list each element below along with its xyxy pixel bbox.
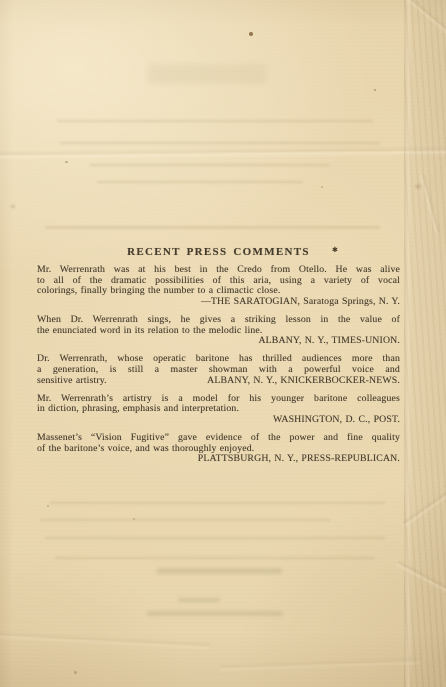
crease-line	[0, 146, 446, 161]
press-quote: Massenet’s “Vision Fugitive” gave eviden…	[37, 433, 400, 465]
press-quote: Mr. Werrenrath was at his best in the Cr…	[37, 265, 400, 308]
crease-line	[220, 657, 420, 673]
bleedthrough-ghost	[45, 226, 380, 229]
stain-spot	[74, 671, 77, 674]
bleedthrough-ghost	[55, 557, 375, 559]
crease-line	[402, 481, 446, 528]
stain-spot	[65, 161, 68, 163]
bleedthrough-ghost	[147, 611, 283, 616]
bleedthrough-ghost	[57, 120, 373, 122]
crease-line	[395, 559, 446, 608]
quote-attribution: PLATTSBURGH, N. Y., PRESS-REPUBLICAN.	[37, 454, 400, 465]
crease-line	[404, 0, 412, 687]
stain-spot	[415, 184, 421, 189]
quote-attribution: —THE SARATOGIAN, Saratoga Springs, N. Y.	[37, 297, 400, 308]
stain-spot	[249, 32, 253, 36]
bleedthrough-ghost	[90, 164, 330, 166]
bleedthrough-ghost	[178, 598, 220, 602]
press-comments-section: RECENT PRESS COMMENTS ✱ Mr. Werrenrath w…	[37, 246, 400, 472]
bleedthrough-ghost	[97, 181, 303, 183]
press-quote: Mr. Werrenrath’s artistry is a model for…	[37, 394, 400, 426]
crease-line	[392, 0, 446, 41]
bleedthrough-ghost	[40, 519, 330, 521]
star-mark: ✱	[332, 245, 338, 256]
bleedthrough-ghost	[157, 568, 282, 574]
bleedthrough-ghost	[45, 537, 385, 539]
stain-spot	[374, 89, 376, 91]
crease-band	[404, 0, 446, 687]
scanned-document-page: RECENT PRESS COMMENTS ✱ Mr. Werrenrath w…	[0, 0, 446, 687]
bleedthrough-ghost	[148, 64, 266, 84]
bleedthrough-ghost	[50, 502, 385, 504]
quote-line: Massenet’s “Vision Fugitive” gave eviden…	[37, 433, 400, 444]
stain-spot	[321, 186, 323, 188]
press-quote: When Dr. Werrenrath sings, he gives a st…	[37, 315, 400, 347]
section-title: RECENT PRESS COMMENTS	[37, 246, 400, 258]
stain-spot	[11, 205, 15, 208]
stain-spot	[47, 505, 49, 507]
quotes-list: Mr. Werrenrath was at his best in the Cr…	[37, 265, 400, 465]
quote-attribution: WASHINGTON, D. C., POST.	[37, 415, 400, 426]
bleedthrough-ghost	[60, 142, 380, 144]
press-quote: Dr. Werrenrath, whose operatic baritone …	[37, 354, 400, 386]
quote-attribution: ALBANY, N. Y., TIMES-UNION.	[37, 336, 400, 347]
crease-line	[0, 630, 210, 651]
heading-row: RECENT PRESS COMMENTS ✱	[37, 246, 400, 258]
crease-line	[419, 174, 441, 234]
stain-spot	[133, 518, 135, 520]
